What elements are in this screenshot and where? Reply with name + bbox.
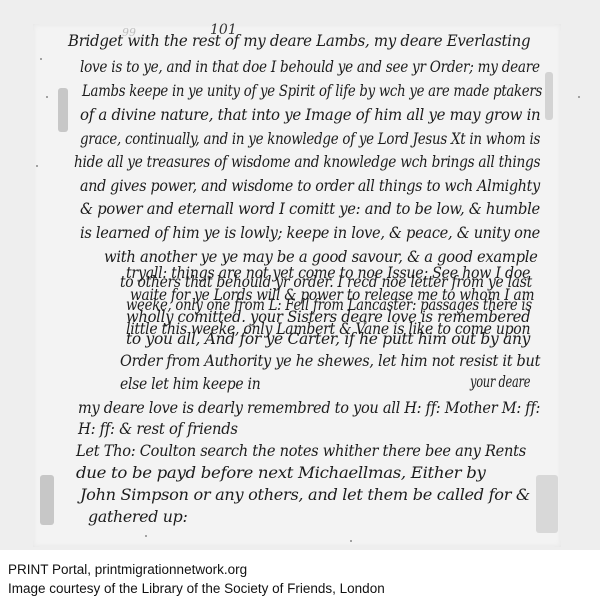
manuscript-line: is learned of him ye is lowly; keepe in …: [80, 224, 540, 242]
right-tape-stain-bottom: [536, 475, 558, 533]
manuscript-line: Bridget with the rest of my deare Lambs,…: [68, 32, 530, 50]
manuscript-line: wholly comitted. your Sisters deare love…: [126, 308, 530, 326]
manuscript-line: hide all ye treasures of wisdome and kno…: [74, 153, 540, 171]
speck: [578, 96, 580, 98]
speck: [145, 535, 147, 537]
speck: [36, 165, 38, 167]
manuscript-line: due to be payd before next Michaellmas, …: [76, 464, 486, 482]
manuscript-line: your deare: [470, 373, 530, 391]
manuscript-line: grace, continually, and in ye knowledge …: [80, 130, 540, 148]
speck: [46, 96, 48, 98]
speck: [350, 540, 352, 542]
speck: [40, 58, 42, 60]
manuscript-line: Let Tho: Coulton search the notes whithe…: [76, 442, 526, 460]
manuscript-line: waite for ye Lords will & power to relea…: [130, 286, 534, 304]
manuscript-line: tryall: things are not yet come to noe I…: [126, 264, 530, 282]
manuscript-line: and gives power, and wisdome to order al…: [80, 177, 540, 195]
credit-courtesy: Image courtesy of the Library of the Soc…: [8, 579, 385, 598]
manuscript-line: else let him keepe in: [120, 375, 260, 393]
right-tape-stain-top: [545, 72, 553, 120]
image-credit: PRINT Portal, printmigrationnetwork.org …: [8, 560, 385, 598]
manuscript-line: Lambs keepe in ye unity of ye Spirit of …: [82, 82, 542, 100]
manuscript-line: gathered up:: [88, 508, 188, 526]
manuscript-line: to you all, And for ye Carter, if he put…: [126, 330, 530, 348]
manuscript-line: my deare love is dearly remembred to you…: [78, 399, 540, 417]
manuscript-line: love is to ye, and in that doe I behould…: [80, 58, 540, 76]
left-tape-stain-bottom: [40, 475, 54, 525]
manuscript-line: John Simpson or any others, and let them…: [80, 486, 530, 504]
credit-source: PRINT Portal, printmigrationnetwork.org: [8, 560, 385, 579]
manuscript-line: Order from Authority ye he shewes, let h…: [120, 352, 540, 370]
left-tape-stain-top: [58, 88, 68, 132]
manuscript-line: of a divine nature, that into ye Image o…: [80, 106, 540, 124]
manuscript-line: H: ff: & rest of friends: [78, 420, 238, 438]
manuscript-line: & power and eternall word I comitt ye: a…: [80, 200, 540, 218]
